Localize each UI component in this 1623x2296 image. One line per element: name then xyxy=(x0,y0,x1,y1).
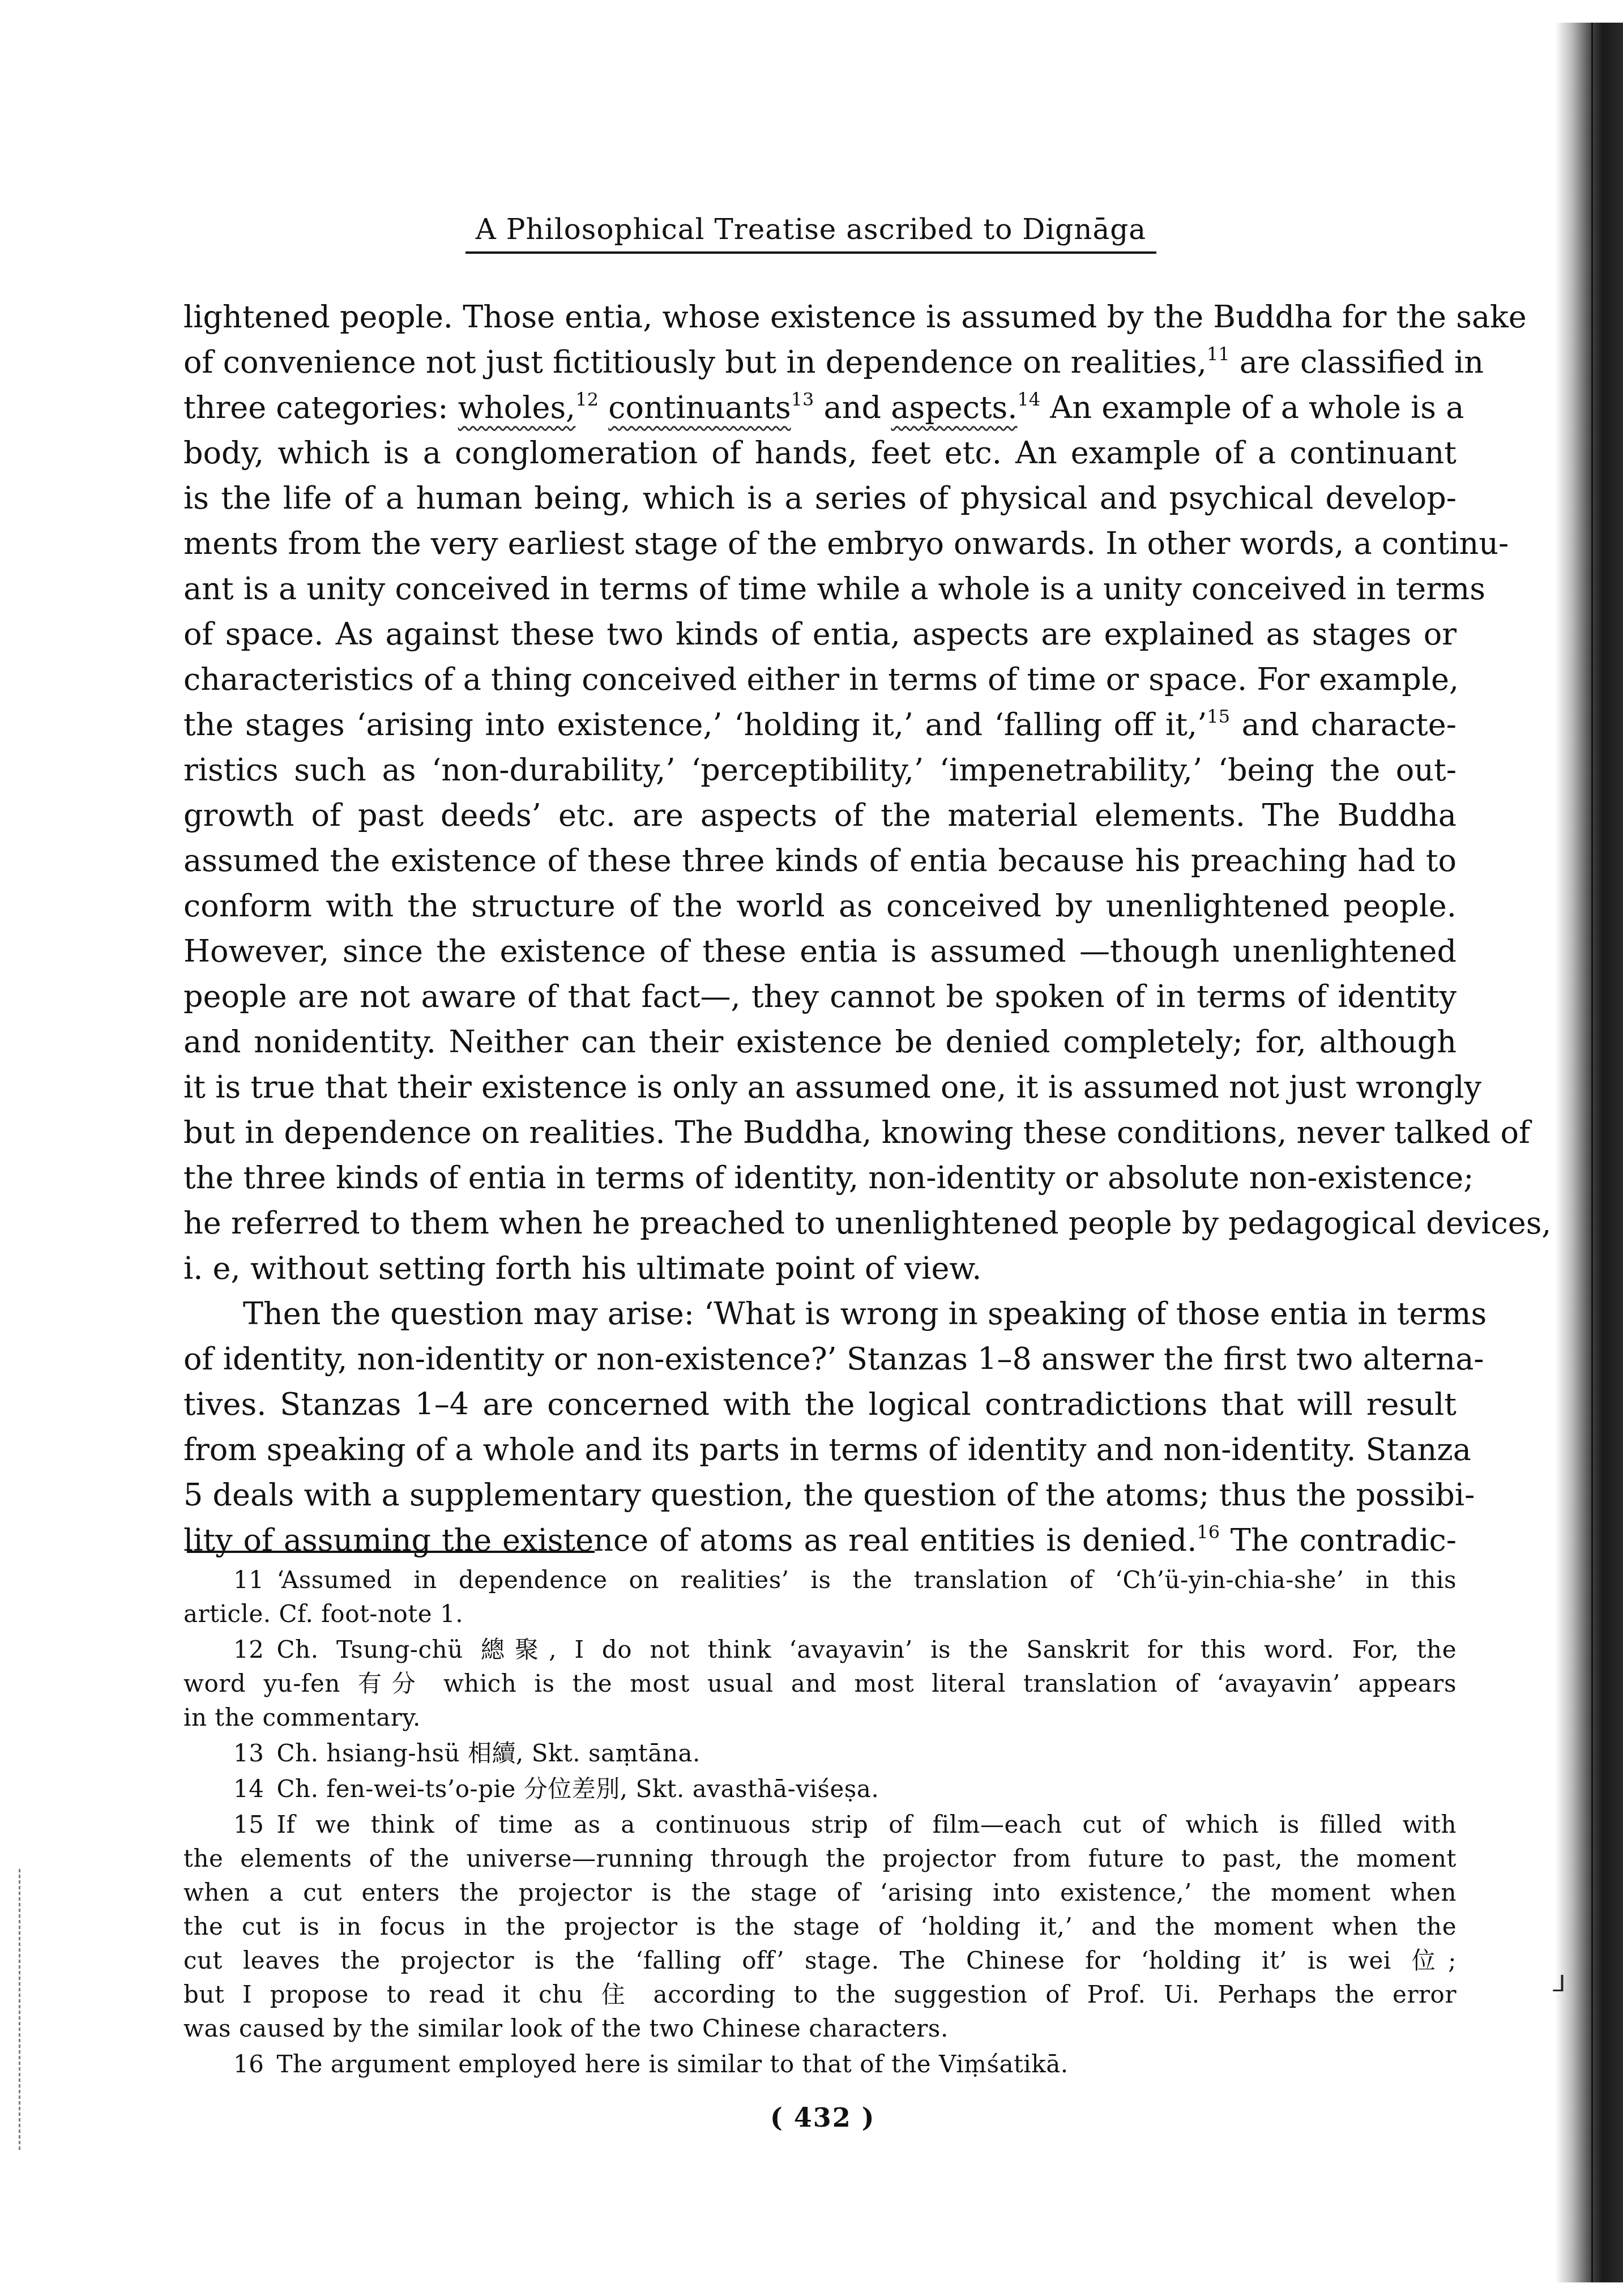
paragraph-2: Then the question may arise: ‘What is wr… xyxy=(183,1291,1457,1563)
footnote-ref-15[interactable]: 15 xyxy=(1207,706,1230,727)
footnote-separator xyxy=(187,1551,595,1553)
footnote-number: 12 xyxy=(233,1636,264,1663)
text-line: Then the question may arise: ‘What is wr… xyxy=(183,1291,1457,1337)
text-line: ristics such as ‘non-durability,’ ‘perce… xyxy=(183,748,1457,793)
scanner-edge-shadow xyxy=(1555,23,1623,2282)
running-title: A Philosophical Treatise ascribed to Dig… xyxy=(465,210,1156,249)
text-line: 5 deals with a supplementary question, t… xyxy=(183,1473,1457,1518)
text-line: of convenience not just fictitiously but… xyxy=(183,340,1457,385)
page-number: ( 432 ) xyxy=(770,2102,875,2133)
text-line: characteristics of a thing conceived eit… xyxy=(183,657,1457,702)
footnote-number: 16 xyxy=(233,2050,264,2078)
footnote-12: 12Ch. Tsung-chü 總聚, I do not think ‘avay… xyxy=(183,1633,1457,1735)
text-line: is the life of a human being, which is a… xyxy=(183,476,1457,521)
text-line: the three kinds of entia in terms of ide… xyxy=(183,1155,1457,1201)
running-header: A Philosophical Treatise ascribed to Dig… xyxy=(465,210,1156,254)
text-line: of identity, non-identity or non-existen… xyxy=(183,1337,1457,1382)
paragraph-1: lightened people. Those entia, whose exi… xyxy=(183,295,1457,1291)
footnote-11: 11‘Assumed in dependence on realities’ i… xyxy=(183,1563,1457,1631)
footnote-ref-16[interactable]: 16 xyxy=(1197,1521,1220,1543)
text-line: but in dependence on realities. The Budd… xyxy=(183,1110,1457,1155)
text-line: lightened people. Those entia, whose exi… xyxy=(183,295,1457,340)
text-line: However, since the existence of these en… xyxy=(183,929,1457,974)
text-line: body, which is a conglomeration of hands… xyxy=(183,430,1457,476)
text-line: he referred to them when he preached to … xyxy=(183,1201,1457,1246)
footnote-ref-12[interactable]: 12 xyxy=(575,389,599,410)
term-continuants: continuants xyxy=(608,390,791,425)
handwritten-margin-mark: ᒧ xyxy=(1552,1971,1565,1997)
footnote-number: 15 xyxy=(233,1811,264,1838)
footnotes: 11‘Assumed in dependence on realities’ i… xyxy=(183,1563,1457,2083)
text-line: lity of assuming the existence of atoms … xyxy=(183,1518,1457,1563)
text-line: from speaking of a whole and its parts i… xyxy=(183,1427,1457,1473)
footnote-number: 13 xyxy=(233,1739,264,1767)
footnote-ref-11[interactable]: 11 xyxy=(1207,343,1230,365)
footnote-ref-14[interactable]: 14 xyxy=(1017,389,1040,410)
main-text: lightened people. Those entia, whose exi… xyxy=(183,295,1457,1563)
footnote-14: 14Ch. fen-wei-ts’o-pie 分位差別, Skt. avasth… xyxy=(183,1772,1457,1806)
text-line: conform with the structure of the world … xyxy=(183,884,1457,929)
text-line: assumed the existence of these three kin… xyxy=(183,838,1457,884)
text-line: ant is a unity conceived in terms of tim… xyxy=(183,566,1457,612)
text-line: three categories: wholes,12 continuants1… xyxy=(183,385,1457,430)
text-line: it is true that their existence is only … xyxy=(183,1065,1457,1110)
footnote-ref-13[interactable]: 13 xyxy=(791,389,814,410)
footnote-13: 13Ch. hsiang-hsü 相續, Skt. saṃtāna. xyxy=(183,1736,1457,1770)
text-line: people are not aware of that fact—, they… xyxy=(183,974,1457,1019)
text-line: the stages ‘arising into existence,’ ‘ho… xyxy=(183,702,1457,748)
footnote-number: 11 xyxy=(233,1566,264,1594)
text-line: of space. As against these two kinds of … xyxy=(183,612,1457,657)
term-aspects: aspects. xyxy=(891,390,1017,425)
text-line: i. e, without setting forth his ultimate… xyxy=(183,1246,1457,1291)
binding-edge-line xyxy=(19,1869,20,2152)
text-line: tives. Stanzas 1–4 are concerned with th… xyxy=(183,1382,1457,1427)
footnote-number: 14 xyxy=(233,1775,264,1803)
footnote-15: 15If we think of time as a continuous st… xyxy=(183,1808,1457,2046)
text-line: and nonidentity. Neither can their exist… xyxy=(183,1019,1457,1065)
header-rule xyxy=(465,251,1156,254)
text-line: ments from the very earliest stage of th… xyxy=(183,521,1457,566)
footnote-16: 16The argument employed here is similar … xyxy=(183,2047,1457,2081)
term-wholes: wholes, xyxy=(458,390,576,425)
text-line: growth of past deeds’ etc. are aspects o… xyxy=(183,793,1457,838)
